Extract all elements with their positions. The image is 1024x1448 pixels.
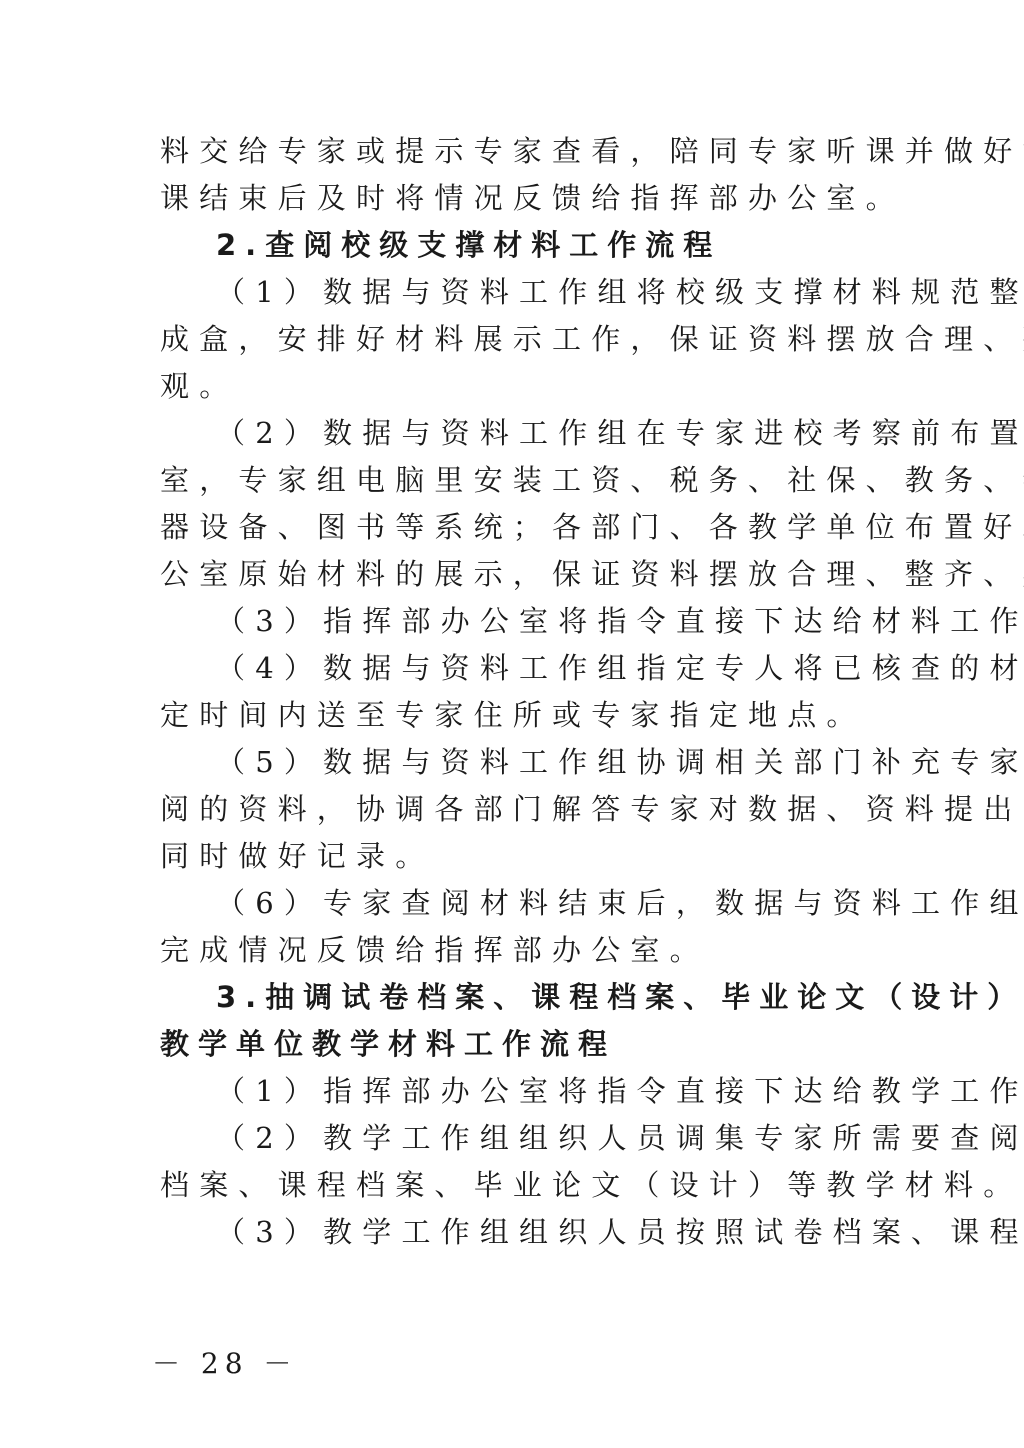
body-line: （3）教学工作组组织人员按照试卷档案、课程档案、 — [160, 1209, 872, 1256]
page-number: － 28 － — [152, 1342, 297, 1382]
body-line: （2）数据与资料工作组在专家进校考察前布置好资料 — [160, 410, 872, 457]
body-line: （5）数据与资料工作组协调相关部门补充专家需要调 — [160, 739, 872, 786]
section-heading: 3.抽调试卷档案、课程档案、毕业论文（设计）等二级 — [160, 974, 872, 1021]
document-page: 料交给专家或提示专家查看，陪同专家听课并做好记录，听 课结束后及时将情况反馈给指… — [160, 128, 872, 1256]
body-line: （6）专家查阅材料结束后，数据与资料工作组将检查 — [160, 880, 872, 927]
body-line: 定时间内送至专家住所或专家指定地点。 — [160, 692, 872, 739]
body-line: （1）指挥部办公室将指令直接下达给教学工作组。 — [160, 1068, 872, 1115]
body-line: （1）数据与资料工作组将校级支撑材料规范整理成册 — [160, 269, 872, 316]
section-heading: 2.查阅校级支撑材料工作流程 — [160, 222, 872, 269]
body-line: （2）教学工作组组织人员调集专家所需要查阅的试卷 — [160, 1115, 872, 1162]
body-line: 档案、课程档案、毕业论文（设计）等教学材料。 — [160, 1162, 872, 1209]
body-line: 室，专家组电脑里安装工资、税务、社保、教务、学籍、仪 — [160, 457, 872, 504]
body-line: 料交给专家或提示专家查看，陪同专家听课并做好记录，听 — [160, 128, 872, 175]
section-heading: 教学单位教学材料工作流程 — [160, 1021, 872, 1068]
body-line: （3）指挥部办公室将指令直接下达给材料工作组。 — [160, 598, 872, 645]
body-line: 公室原始材料的展示，保证资料摆放合理、整齐、美观。 — [160, 551, 872, 598]
body-line: 课结束后及时将情况反馈给指挥部办公室。 — [160, 175, 872, 222]
body-line: 同时做好记录。 — [160, 833, 872, 880]
body-line: 成盒，安排好材料展示工作，保证资料摆放合理、整齐、美 — [160, 316, 872, 363]
body-line: 阅的资料，协调各部门解答专家对数据、资料提出的问题， — [160, 786, 872, 833]
body-line: 完成情况反馈给指挥部办公室。 — [160, 927, 872, 974]
body-line: 器设备、图书等系统；各部门、各教学单位布置好本单位办 — [160, 504, 872, 551]
body-line: （4）数据与资料工作组指定专人将已核查的材料在规 — [160, 645, 872, 692]
body-line: 观。 — [160, 363, 872, 410]
